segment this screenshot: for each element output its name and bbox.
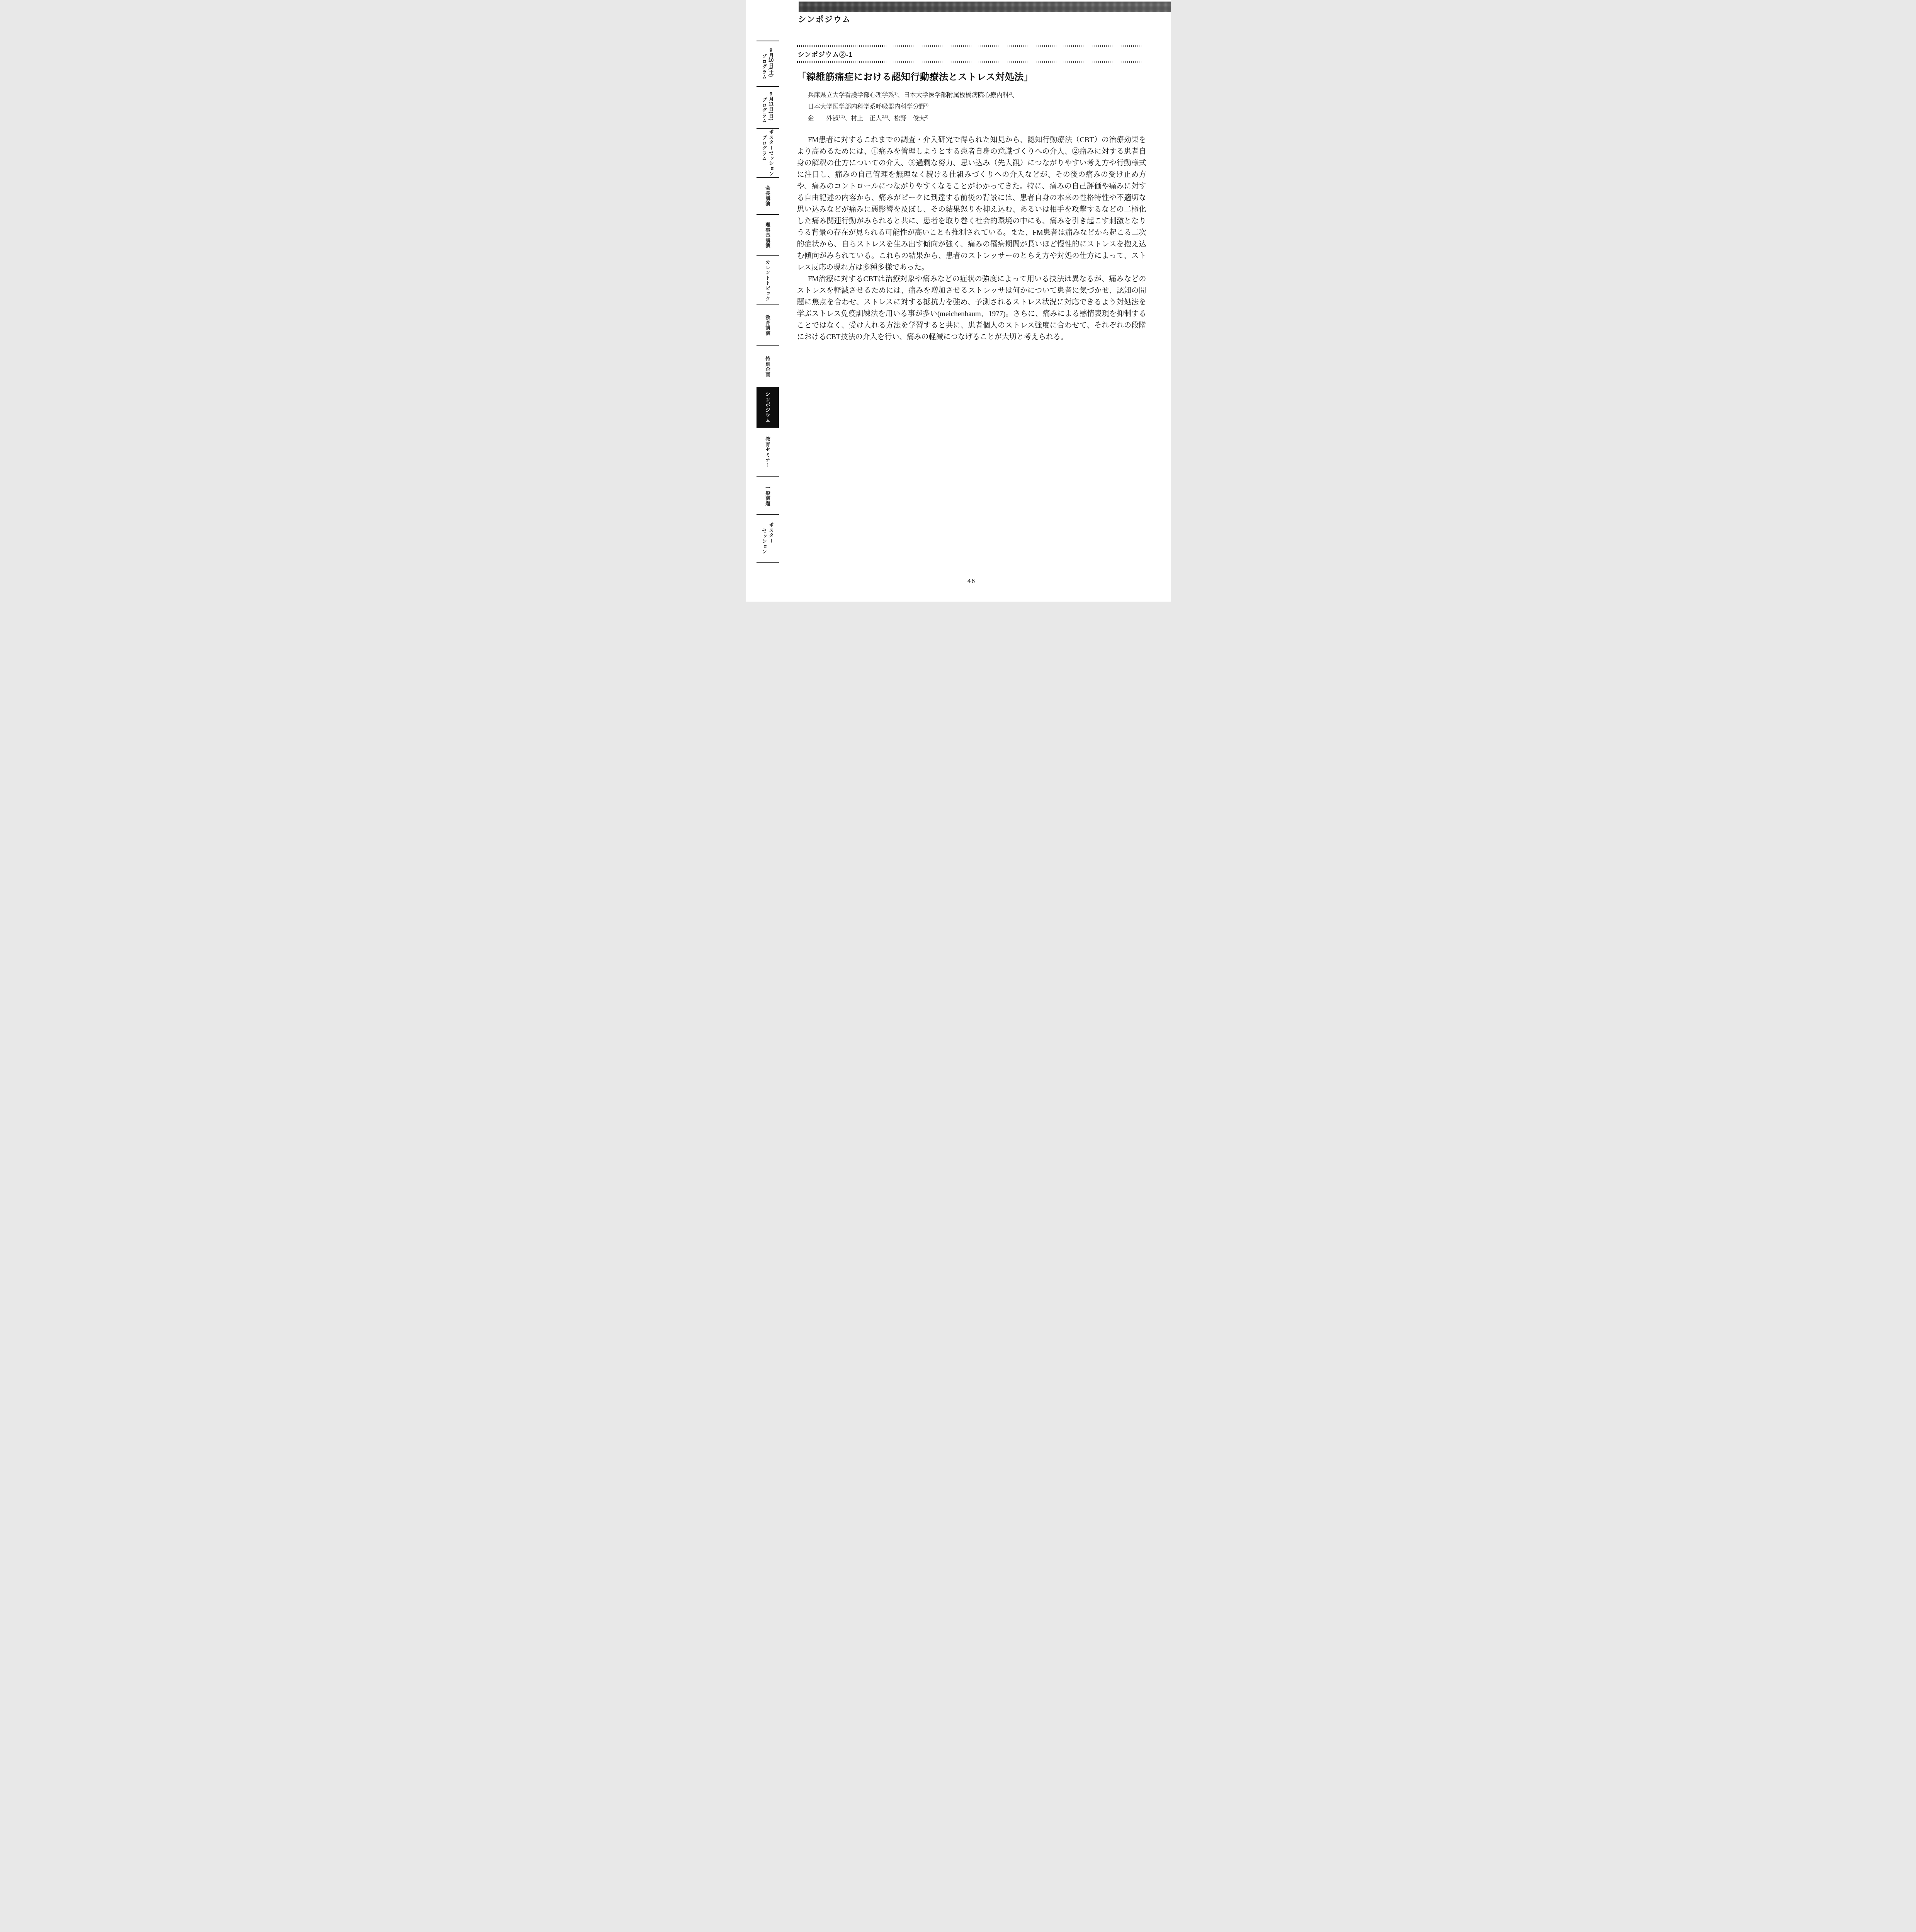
- sidebar-item-label: 9月11日(日)プログラム: [762, 92, 774, 124]
- affiliation-text: 兵庫県立大学看護学部心理学系: [808, 92, 894, 99]
- affiliation-ref: 2): [1009, 92, 1012, 96]
- affiliation-ref: 3): [925, 103, 928, 107]
- dotted-rule-bottom: [797, 61, 1146, 63]
- affiliation-line: 兵庫県立大学看護学部心理学系1)、日本大学医学部附属板橋病院心療内科2)、: [808, 90, 1146, 101]
- content-column: シンポジウム②-1 「線維筋痛症における認知行動療法とストレス対処法」 兵庫県立…: [797, 0, 1146, 343]
- sidebar-item-label: シンポジウム: [765, 392, 770, 423]
- authors-line: 金 外淑1,2)、村上 正人2,3)、松野 俊夫2): [808, 113, 1146, 124]
- abstract-paragraph: FM患者に対するこれまでの調査・介入研究で得られた知見から、認知行動療法（CBT…: [797, 134, 1146, 274]
- sidebar-item-label: 教育セミナー: [765, 437, 770, 468]
- sidebar-item-program-sep11[interactable]: 9月11日(日)プログラム: [757, 86, 779, 128]
- sidebar-item-special-project[interactable]: 特別企画: [757, 345, 779, 387]
- sidebar-item-educational-lecture[interactable]: 教育講演: [757, 304, 779, 345]
- sidebar-item-presidential-lecture[interactable]: 会長講演: [757, 177, 779, 214]
- sidebar-item-educational-seminar[interactable]: 教育セミナー: [757, 427, 779, 476]
- author-ref: 1,2): [839, 115, 845, 119]
- affiliations: 兵庫県立大学看護学部心理学系1)、日本大学医学部附属板橋病院心療内科2)、日本大…: [808, 90, 1146, 113]
- sidebar-item-chairman-lecture[interactable]: 理事長講演: [757, 214, 779, 255]
- abstract: FM患者に対するこれまでの調査・介入研究で得られた知見から、認知行動療法（CBT…: [797, 134, 1146, 343]
- abstract-paragraph: FM治療に対するCBTは治療対象や痛みなどの症状の強度によって用いる技法は異なる…: [797, 274, 1146, 343]
- author-text: 、村上 正人: [845, 115, 882, 122]
- byline-block: 兵庫県立大学看護学部心理学系1)、日本大学医学部附属板橋病院心療内科2)、日本大…: [808, 90, 1146, 124]
- sidebar-item-program-sep10[interactable]: 9月10日(土)プログラム: [757, 41, 779, 86]
- sidebar-item-label: ポスターセッション: [762, 522, 774, 554]
- author-text: 、松野 俊夫: [888, 115, 925, 122]
- affiliation-text: 、: [1012, 92, 1018, 99]
- sidebar-item-symposium[interactable]: シンポジウム: [757, 387, 779, 427]
- author-ref: 2): [925, 115, 928, 119]
- session-code-label: シンポジウム②-1: [798, 49, 1146, 59]
- sidebar-item-label: 9月10日(土)プログラム: [762, 48, 774, 80]
- author-text: 金 外淑: [808, 115, 839, 122]
- sidebar-item-label: ポスターセッションプログラム: [762, 129, 774, 177]
- sidebar-item-label: 教育講演: [765, 315, 770, 336]
- affiliation-text: 、日本大学医学部附属板橋病院心療内科: [898, 92, 1009, 99]
- session-title: 「線維筋痛症における認知行動療法とストレス対処法」: [797, 69, 1146, 83]
- sidebar: 9月10日(土)プログラム9月11日(日)プログラムポスターセッションプログラム…: [757, 41, 779, 563]
- sidebar-item-current-topic[interactable]: カレントトピック: [757, 255, 779, 304]
- sidebar-item-label: 理事長講演: [765, 222, 770, 248]
- sidebar-item-poster-session-program[interactable]: ポスターセッションプログラム: [757, 128, 779, 177]
- sidebar-item-label: 会長講演: [765, 185, 770, 206]
- sidebar-item-label: 一般演題: [765, 485, 770, 506]
- affiliation-ref: 1): [894, 92, 898, 96]
- sidebar-item-label: カレントトピック: [765, 260, 770, 301]
- author-ref: 2,3): [882, 115, 888, 119]
- page: シンポジウム 9月10日(土)プログラム9月11日(日)プログラムポスターセッシ…: [746, 0, 1171, 602]
- spacer: [797, 0, 1146, 45]
- sidebar-item-general-presentation[interactable]: 一般演題: [757, 476, 779, 514]
- affiliation-text: 日本大学医学部内科学系呼吸器内科学分野: [808, 104, 925, 110]
- affiliation-line: 日本大学医学部内科学系呼吸器内科学分野3): [808, 101, 1146, 113]
- sidebar-item-poster-session[interactable]: ポスターセッション: [757, 514, 779, 563]
- sidebar-item-label: 特別企画: [765, 356, 770, 377]
- page-number: − 46 −: [797, 577, 1146, 585]
- dotted-rule-top: [797, 45, 1146, 47]
